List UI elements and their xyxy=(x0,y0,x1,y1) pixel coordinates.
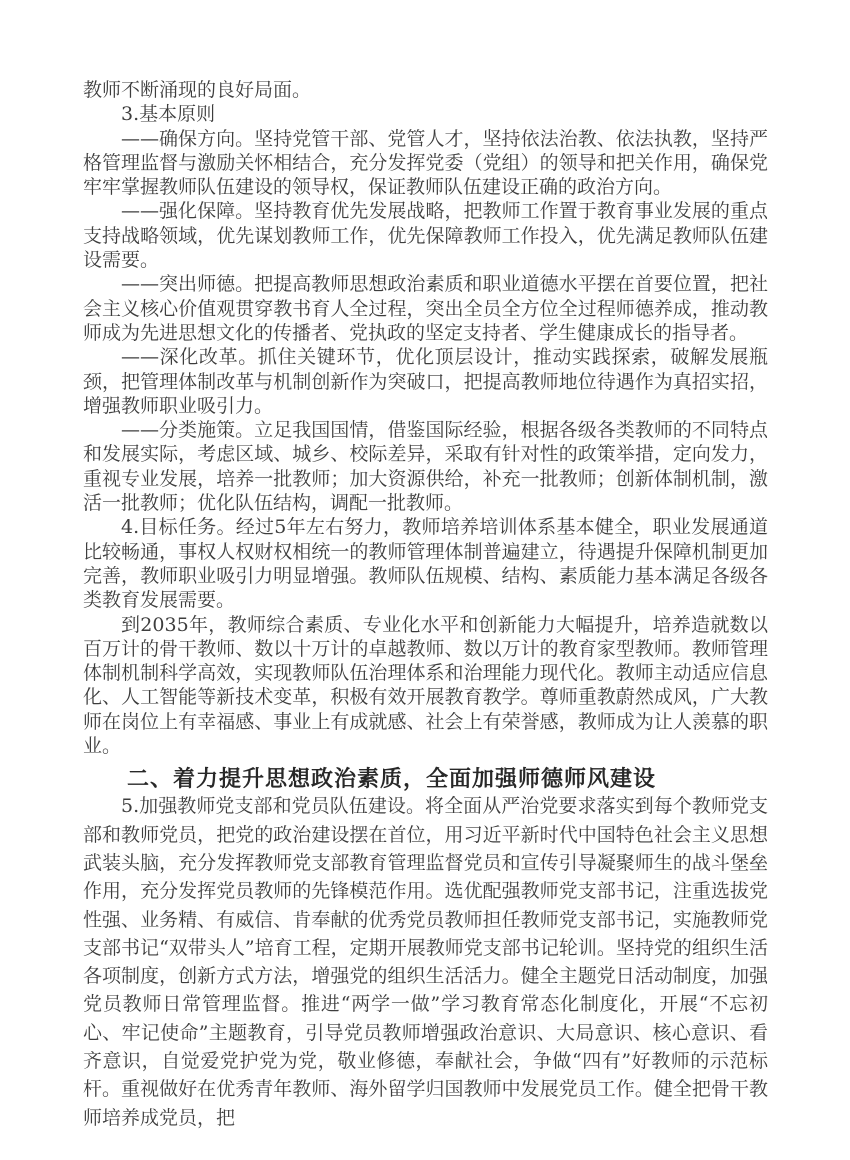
paragraph: ——突出师德。把提高教师思想政治素质和职业道德水平摆在首要位置，把社会主义核心价… xyxy=(83,272,768,345)
section-heading: 二、着力提升思想政治素质，全面加强师德师风建设 xyxy=(83,765,768,792)
paragraph: ——强化保障。坚持教育优先发展战略，把教师工作置于教育事业发展的重点支持战略领域… xyxy=(83,199,768,272)
paragraph: ——确保方向。坚持党管干部、党管人才，坚持依法治教、依法执教，坚持严格管理监督与… xyxy=(83,127,768,200)
paragraph: 教师不断涌现的良好局面。 xyxy=(83,78,768,102)
paragraph: ——深化改革。抓住关键环节，优化顶层设计，推动实践探索，破解发展瓶颈，把管理体制… xyxy=(83,345,768,418)
paragraph: 4.目标任务。经过5年左右努力，教师培养培训体系基本健全，职业发展通道比较畅通，… xyxy=(83,515,768,612)
paragraph: ——分类施策。立足我国国情，借鉴国际经验，根据各级各类教师的不同特点和发展实际，… xyxy=(83,418,768,515)
paragraph: 5.加强教师党支部和党员队伍建设。将全面从严治党要求落实到每个教师党支部和教师党… xyxy=(83,792,768,1132)
paragraph: 到2035年，教师综合素质、专业化水平和创新能力大幅提升，培养造就数以百万计的骨… xyxy=(83,613,768,759)
document-body: 教师不断涌现的良好局面。3.基本原则——确保方向。坚持党管干部、党管人才，坚持依… xyxy=(83,78,768,1132)
document-page: 教师不断涌现的良好局面。3.基本原则——确保方向。坚持党管干部、党管人才，坚持依… xyxy=(0,0,850,1160)
paragraph: 3.基本原则 xyxy=(83,102,768,126)
